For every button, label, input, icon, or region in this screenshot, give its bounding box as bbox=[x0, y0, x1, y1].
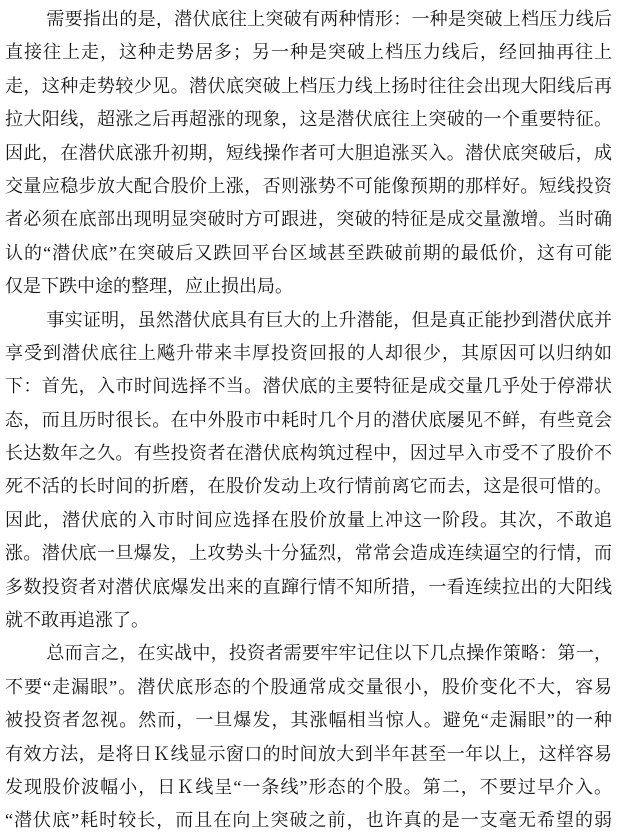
text-line: 享受到潜伏底往上飚升带来丰厚投资回报的人却很少，其原因可以归纳如 bbox=[5, 337, 612, 370]
text-line: 走，这种走势较少见。潜伏底突破上档压力线上扬时往往会出现大阳线后再 bbox=[5, 70, 612, 103]
text-line: 发现股价波幅小，日Ｋ线呈“一条线”形态的个股。第二，不要过早介入。 bbox=[5, 771, 612, 804]
text-line: 就不敢再追涨了。 bbox=[5, 604, 612, 637]
text-line: 仅是下跌中途的整理，应止损出局。 bbox=[5, 270, 612, 303]
paragraph-2: 事实证明，虽然潜伏底具有巨大的上升潜能，但是真正能抄到潜伏底并 享受到潜伏底往上… bbox=[5, 304, 612, 638]
text-line: 交量应稳步放大配合股价上涨，否则涨势不可能像预期的那样好。短线投资 bbox=[5, 170, 612, 203]
text-line: 长达数年之久。有些投资者在潜伏底构筑过程中，因过早入市受不了股价不 bbox=[5, 437, 612, 470]
text-line: 下：首先，入市时间选择不当。潜伏底的主要特征是成交量几乎处于停滞状 bbox=[5, 370, 612, 403]
paragraph-3: 总而言之，在实战中，投资者需要牢牢记住以下几点操作策略：第一， 不要“走漏眼”。… bbox=[5, 637, 612, 837]
text-line: 态，而且历时很长。在中外股市中耗时几个月的潜伏底屡见不鲜，有些竟会 bbox=[5, 404, 612, 437]
text-line: 不要“走漏眼”。潜伏底形态的个股通常成交量很小，股价变化不大，容易 bbox=[5, 671, 612, 704]
text-line: 因此，在潜伏底涨升初期，短线操作者可大胆追涨买入。潜伏底突破后，成 bbox=[5, 137, 612, 170]
text-line: 认的“潜伏底”在突破后又跌回平台区域甚至跌破前期的最低价，这有可能 bbox=[5, 237, 612, 270]
text-line: “潜伏底”耗时较长，而且在向上突破之前，也许真的是一支毫无希望的弱 bbox=[5, 804, 612, 837]
text-line: 有效方法，是将日Ｋ线显示窗口的时间放大到半年甚至一年以上，这样容易 bbox=[5, 738, 612, 771]
text-line: 拉大阳线，超涨之后再超涨的现象，这是潜伏底往上突破的一个重要特征。 bbox=[5, 103, 612, 136]
text-line: 需要指出的是，潜伏底往上突破有两种情形：一种是突破上档压力线后 bbox=[5, 3, 612, 36]
text-line: 事实证明，虽然潜伏底具有巨大的上升潜能，但是真正能抄到潜伏底并 bbox=[5, 304, 612, 337]
text-line: 涨。潜伏底一旦爆发，上攻势头十分猛烈，常常会造成连续逼空的行情，而 bbox=[5, 537, 612, 570]
paragraph-1: 需要指出的是，潜伏底往上突破有两种情形：一种是突破上档压力线后 直接往上走，这种… bbox=[5, 3, 612, 304]
text-line: 总而言之，在实战中，投资者需要牢牢记住以下几点操作策略：第一， bbox=[5, 637, 612, 670]
book-page: 需要指出的是，潜伏底往上突破有两种情形：一种是突破上档压力线后 直接往上走，这种… bbox=[0, 0, 618, 840]
text-line: 被投资者忽视。然而，一旦爆发，其涨幅相当惊人。避免“走漏眼”的一种 bbox=[5, 704, 612, 737]
text-line: 因此，潜伏底的入市时间应选择在股价放量上冲这一阶段。其次，不敢追 bbox=[5, 504, 612, 537]
text-line: 死不活的长时间的折磨，在股价发动上攻行情前离它而去，这是很可惜的。 bbox=[5, 470, 612, 503]
text-line: 直接往上走，这种走势居多；另一种是突破上档压力线后，经回抽再往上 bbox=[5, 36, 612, 69]
text-line: 者必须在底部出现明显突破时方可跟进，突破的特征是成交量激增。当时确 bbox=[5, 203, 612, 236]
text-line: 多数投资者对潜伏底爆发出来的直蹿行情不知所措，一看连续拉出的大阳线 bbox=[5, 571, 612, 604]
